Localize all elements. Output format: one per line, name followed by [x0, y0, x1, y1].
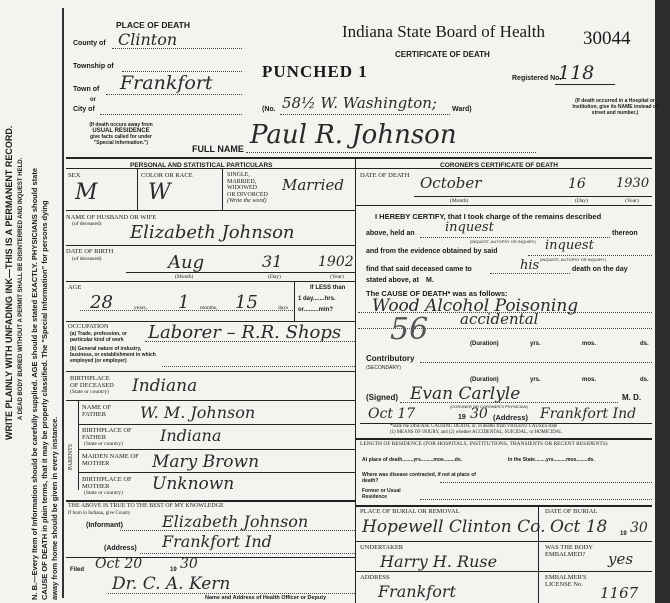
- burial-date-value: Oct 18: [550, 517, 607, 537]
- burial-year: 30: [630, 520, 648, 536]
- informant-address-label: (Address): [104, 545, 137, 553]
- informant-value: Elizabeth Johnson: [162, 512, 308, 531]
- evidence-value: inquest: [545, 238, 594, 253]
- filed-label: Filed: [70, 566, 84, 574]
- birthplace-label: BIRTHPLACE: [70, 375, 110, 382]
- true-statement: THE ABOVE IS TRUE TO THE BEST OF MY KNOW…: [68, 503, 224, 510]
- filed-date: Oct 20: [95, 556, 142, 572]
- hospital-note: (If death occurred in a Hospital or Inst…: [570, 98, 660, 116]
- dob-label: DATE OF BIRTH: [66, 248, 113, 255]
- undertaker-address-value: Frankfort: [378, 582, 456, 601]
- father-birthplace-value: Indiana: [160, 426, 221, 445]
- marital-label: SINGLE, MARRIED, WIDOWED OR DIVORCED (Wr…: [227, 172, 268, 205]
- street-address: 58½ W. Washington;: [282, 94, 437, 112]
- burial-place-value: Hopewell Clinton Co.: [362, 517, 546, 537]
- mother-value: Mary Brown: [152, 452, 259, 472]
- held-value: inquest: [445, 220, 494, 235]
- age-label: AGE: [68, 284, 81, 291]
- mother-label: MAIDEN NAME OF MOTHER: [82, 453, 142, 467]
- burial-date-label: DATE OF BURIAL: [545, 508, 597, 515]
- contributory-label: Contributory: [366, 355, 414, 363]
- embalmed-value: yes: [608, 550, 633, 568]
- punched-stamp: PUNCHED 1: [262, 62, 368, 82]
- margin-line-3: N. B.—Every Item of Information should b…: [30, 168, 39, 600]
- residence-label: LENGTH OF RESIDENCE (FOR HOSPITALS, INST…: [360, 441, 650, 448]
- margin-line-2: A DEAD BODY BURIED WITHOUT A PERMIT SHAL…: [18, 158, 24, 420]
- mother-birthplace-label: BIRTHPLACE OF MOTHER: [82, 476, 142, 490]
- town-value: Frankfort: [120, 72, 213, 94]
- county-value: Clinton: [118, 30, 177, 49]
- father-value: W. M. Johnson: [140, 403, 255, 422]
- find-value: his: [520, 258, 539, 273]
- undertaker-address-label: ADDRESS: [360, 574, 390, 581]
- margin-line-1: WRITE PLAINLY WITH UNFADING INK—THIS IS …: [4, 126, 14, 440]
- death-month: October: [420, 174, 481, 192]
- filed-year: 30: [180, 556, 198, 572]
- death-year: 1930: [616, 176, 649, 191]
- dob-month: Aug: [168, 252, 204, 273]
- signed-label: (Signed): [366, 394, 398, 402]
- registered-label: Registered No.: [512, 75, 561, 83]
- occupation-label: OCCUPATION: [68, 323, 109, 330]
- registered-number: 118: [558, 62, 594, 84]
- informant-label: (Informant): [86, 522, 123, 530]
- mother-birthplace-value: Unknown: [152, 474, 234, 494]
- township-label: Township of: [73, 63, 114, 71]
- spouse-value: Elizabeth Johnson: [130, 222, 295, 243]
- death-day: 16: [568, 176, 586, 192]
- registrar-signature: Dr. C. A. Kern: [112, 574, 230, 594]
- certificate-number: 30044: [583, 28, 631, 50]
- spouse-label: NAME OF HUSBAND OR WIFE: [66, 214, 156, 221]
- place-of-death-title: PLACE OF DEATH: [116, 20, 190, 30]
- or-label: or: [90, 96, 96, 104]
- coroner-signature: Evan Carlyle: [410, 384, 520, 404]
- full-name-value: Paul R. Johnson: [250, 120, 457, 150]
- license-label: EMBALMER'S LICENSE No.: [545, 574, 605, 588]
- sex-label: SEX: [68, 172, 80, 179]
- sign-address: Frankfort Ind: [540, 406, 636, 422]
- sex-value: M: [75, 180, 98, 205]
- occupation-value: Laborer – R.R. Shops: [148, 322, 341, 343]
- license-value: 1167: [600, 584, 638, 602]
- county-label: County of: [73, 40, 106, 48]
- undertaker-label: UNDERTAKER: [360, 544, 403, 551]
- cause-footnote: *State the DISEASE CAUSING DEATH, or, in…: [390, 424, 562, 436]
- dob-day: 31: [262, 252, 282, 271]
- father-birthplace-label: BIRTHPLACE OF FATHER: [82, 427, 142, 441]
- certificate-title: CERTIFICATE OF DEATH: [395, 50, 490, 59]
- margin-instructions: WRITE PLAINLY WITH UNFADING INK—THIS IS …: [0, 0, 62, 603]
- informant-address-value: Frankfort Ind: [162, 532, 272, 551]
- date-of-death-label: DATE OF DEATH: [360, 172, 409, 179]
- board-title: Indiana State Board of Health: [342, 22, 545, 42]
- color-value: W: [148, 180, 171, 205]
- residence-note: (If death occurs away from USUAL RESIDEN…: [78, 122, 164, 146]
- sign-year: 30: [470, 406, 488, 422]
- undertaker-value: Harry H. Ruse: [380, 552, 497, 571]
- dob-year: 1902: [318, 254, 354, 270]
- full-name-label: FULL NAME: [192, 144, 244, 154]
- city-label: City of: [73, 106, 95, 114]
- cause-code: 56: [390, 312, 428, 347]
- burial-place-label: PLACE OF BURIAL OR REMOVAL: [360, 508, 460, 515]
- town-label: Town of: [73, 86, 99, 94]
- father-label: NAME OF FATHER: [82, 404, 132, 418]
- street-prefix: (No.: [262, 106, 276, 114]
- embalmed-label: WAS THE BODY EMBALMED?: [545, 544, 605, 558]
- parents-label: PARENTS: [68, 444, 74, 470]
- margin-line-4: CAUSE OF DEATH in plain terms, that it m…: [40, 200, 49, 600]
- page-edge-shadow: [655, 0, 670, 603]
- cause-manner: accidental: [460, 310, 538, 328]
- margin-line-5: away from home should be given in every …: [50, 417, 59, 600]
- marital-value: Married: [282, 176, 344, 194]
- ward-label: Ward): [452, 106, 472, 114]
- sign-date: Oct 17: [368, 406, 415, 422]
- color-label: COLOR OR RACE: [141, 172, 193, 179]
- registrar-label: Name and Address of Health Officer or De…: [205, 594, 326, 602]
- margin-divider: [62, 8, 64, 598]
- birthplace-value: Indiana: [132, 376, 197, 396]
